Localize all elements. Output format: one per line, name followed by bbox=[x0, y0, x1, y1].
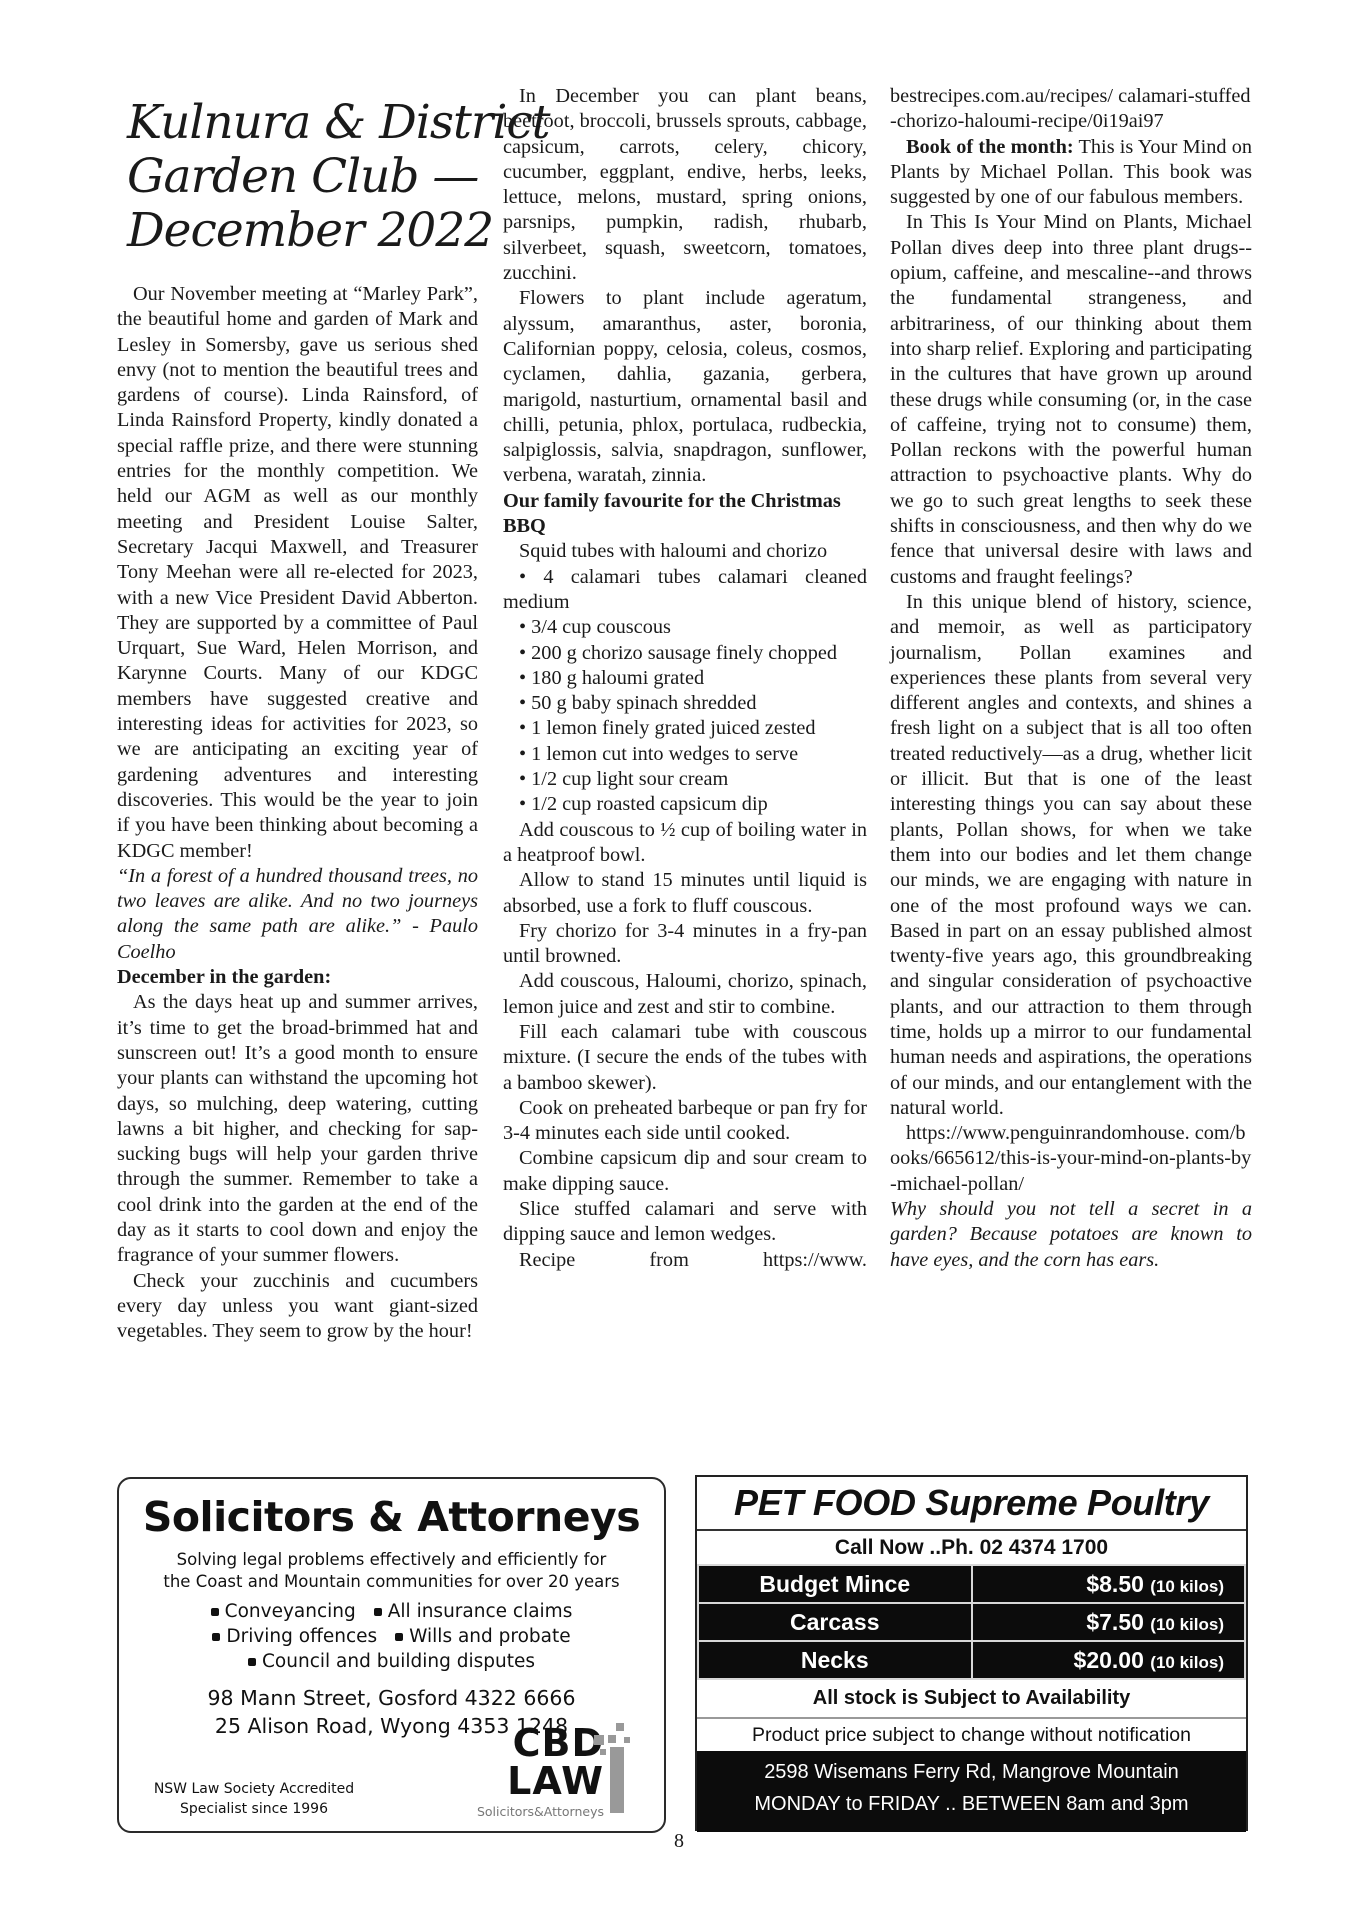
article-title: Kulnura & District Garden Club — Decembe… bbox=[127, 96, 478, 258]
book-of-month-paragraph: Book of the month: This is Your Mind on … bbox=[890, 135, 1252, 211]
column-2: In December you can plant beans, beetroo… bbox=[503, 84, 867, 1273]
price-change-note: Product price subject to change without … bbox=[697, 1719, 1246, 1751]
intro-paragraph: Our November meeting at “Marley Park”, t… bbox=[117, 282, 478, 864]
ingredient: • 1/2 cup roasted capsicum dip bbox=[503, 792, 867, 817]
service-item: All insurance claims bbox=[388, 1601, 573, 1622]
accreditation: NSW Law Society Accredited Specialist si… bbox=[139, 1779, 369, 1819]
bullet-icon bbox=[395, 1633, 403, 1641]
recipe-heading: Our family favourite for the Christmas B… bbox=[503, 489, 867, 540]
table-row: Budget Mince $8.50 (10 kilos) bbox=[698, 1565, 1245, 1603]
product-price: $7.50 (10 kilos) bbox=[972, 1603, 1246, 1641]
accreditation-line-1: NSW Law Society Accredited bbox=[139, 1779, 369, 1799]
book-label: Book of the month: bbox=[906, 136, 1074, 158]
availability-note: All stock is Subject to Availability bbox=[697, 1680, 1246, 1719]
ingredient: • 1 lemon cut into wedges to serve bbox=[503, 742, 867, 767]
bullet-icon bbox=[248, 1658, 256, 1666]
recipe-source-label: Recipe from https://www. bbox=[503, 1248, 867, 1273]
recipe-step: Add couscous to ½ cup of boiling water i… bbox=[503, 818, 867, 869]
ingredient: • 200 g chorizo sausage finely chopped bbox=[503, 641, 867, 666]
ingredient: • 4 calamari tubes calamari cleaned medi… bbox=[503, 565, 867, 616]
product-name: Budget Mince bbox=[698, 1565, 972, 1603]
title-line-2: Garden Club — bbox=[127, 150, 478, 204]
garden-paragraph-1: As the days heat up and summer arrives, … bbox=[117, 990, 478, 1268]
recipe-step: Fry chorizo for 3-4 minutes in a fry-pan… bbox=[503, 919, 867, 970]
column-1: Kulnura & District Garden Club — Decembe… bbox=[117, 84, 478, 1344]
tagline-line-1: Solving legal problems effectively and e… bbox=[119, 1549, 664, 1571]
recipe-step: Fill each calamari tube with couscous mi… bbox=[503, 1020, 867, 1096]
book-paragraph-2: In this unique blend of history, science… bbox=[890, 590, 1252, 1121]
title-line-3: December 2022 bbox=[127, 204, 478, 258]
petfood-headline: PET FOOD Supreme Poultry bbox=[697, 1477, 1246, 1531]
petfood-phone: Call Now ..Ph. 02 4374 1700 bbox=[697, 1531, 1246, 1564]
book-link[interactable]: https://www.penguinrandomhouse. com/book… bbox=[890, 1121, 1252, 1197]
bullet-icon bbox=[374, 1608, 382, 1616]
plant-list-paragraph: In December you can plant beans, beetroo… bbox=[503, 84, 867, 286]
product-name: Necks bbox=[698, 1641, 972, 1679]
title-line-1: Kulnura & District bbox=[127, 96, 478, 150]
garden-joke: Why should you not tell a secret in a ga… bbox=[890, 1197, 1252, 1273]
address-gosford: 98 Mann Street, Gosford 4322 6666 bbox=[119, 1684, 664, 1712]
petfood-advertisement: PET FOOD Supreme Poultry Call Now ..Ph. … bbox=[695, 1475, 1248, 1831]
quote: “In a forest of a hundred thousand trees… bbox=[117, 864, 478, 965]
ingredient: • 3/4 cup couscous bbox=[503, 615, 867, 640]
recipe-step: Combine capsicum dip and sour cream to m… bbox=[503, 1146, 867, 1197]
petfood-hours: MONDAY to FRIDAY .. BETWEEN 8am and 3pm bbox=[697, 1788, 1246, 1820]
recipe-step: Cook on preheated barbeque or pan fry fo… bbox=[503, 1096, 867, 1147]
garden-paragraph-2: Check your zucchinis and cucumbers every… bbox=[117, 1269, 478, 1345]
recipe-source-link[interactable]: bestrecipes.com.au/recipes/ calamari-stu… bbox=[890, 84, 1252, 135]
recipe-step: Add couscous, Haloumi, chorizo, spinach,… bbox=[503, 969, 867, 1020]
petfood-location: 2598 Wisemans Ferry Rd, Mangrove Mountai… bbox=[697, 1751, 1246, 1832]
cbd-law-logo: CBD LAW Solicitors&Attorneys bbox=[404, 1724, 604, 1819]
product-price: $20.00 (10 kilos) bbox=[972, 1641, 1246, 1679]
service-item: Council and building disputes bbox=[262, 1651, 535, 1672]
flowers-paragraph: Flowers to plant include ageratum, alyss… bbox=[503, 286, 867, 488]
service-item: Wills and probate bbox=[409, 1626, 571, 1647]
garden-heading: December in the garden: bbox=[117, 965, 478, 990]
solicitors-advertisement: Solicitors & Attorneys Solving legal pro… bbox=[117, 1477, 666, 1833]
petfood-address: 2598 Wisemans Ferry Rd, Mangrove Mountai… bbox=[697, 1756, 1246, 1788]
recipe-step: Slice stuffed calamari and serve with di… bbox=[503, 1197, 867, 1248]
accreditation-line-2: Specialist since 1996 bbox=[139, 1799, 369, 1819]
solicitors-headline: Solicitors & Attorneys bbox=[119, 1493, 664, 1541]
ingredient: • 50 g baby spinach shredded bbox=[503, 691, 867, 716]
table-row: Necks $20.00 (10 kilos) bbox=[698, 1641, 1245, 1679]
logo-mark-icon bbox=[594, 1723, 634, 1813]
recipe-step: Allow to stand 15 minutes until liquid i… bbox=[503, 868, 867, 919]
table-row: Carcass $7.50 (10 kilos) bbox=[698, 1603, 1245, 1641]
logo-tagline: Solicitors&Attorneys bbox=[404, 1804, 604, 1819]
column-3: bestrecipes.com.au/recipes/ calamari-stu… bbox=[890, 84, 1252, 1273]
services-list: ConveyancingAll insurance claims Driving… bbox=[119, 1599, 664, 1674]
service-item: Driving offences bbox=[226, 1626, 377, 1647]
ingredient: • 1/2 cup light sour cream bbox=[503, 767, 867, 792]
logo-name: CBD LAW bbox=[404, 1724, 604, 1800]
page-number: 8 bbox=[0, 1830, 1358, 1853]
recipe-name: Squid tubes with haloumi and chorizo bbox=[503, 539, 867, 564]
service-item: Conveyancing bbox=[225, 1601, 356, 1622]
tagline-line-2: the Coast and Mountain communities for o… bbox=[119, 1571, 664, 1593]
price-table: Budget Mince $8.50 (10 kilos) Carcass $7… bbox=[697, 1564, 1246, 1680]
product-price: $8.50 (10 kilos) bbox=[972, 1565, 1246, 1603]
product-name: Carcass bbox=[698, 1603, 972, 1641]
bullet-icon bbox=[212, 1633, 220, 1641]
ingredient: • 1 lemon finely grated juiced zested bbox=[503, 716, 867, 741]
bullet-icon bbox=[211, 1608, 219, 1616]
book-paragraph-1: In This Is Your Mind on Plants, Michael … bbox=[890, 210, 1252, 589]
solicitors-tagline: Solving legal problems effectively and e… bbox=[119, 1549, 664, 1593]
ingredient: • 180 g haloumi grated bbox=[503, 666, 867, 691]
